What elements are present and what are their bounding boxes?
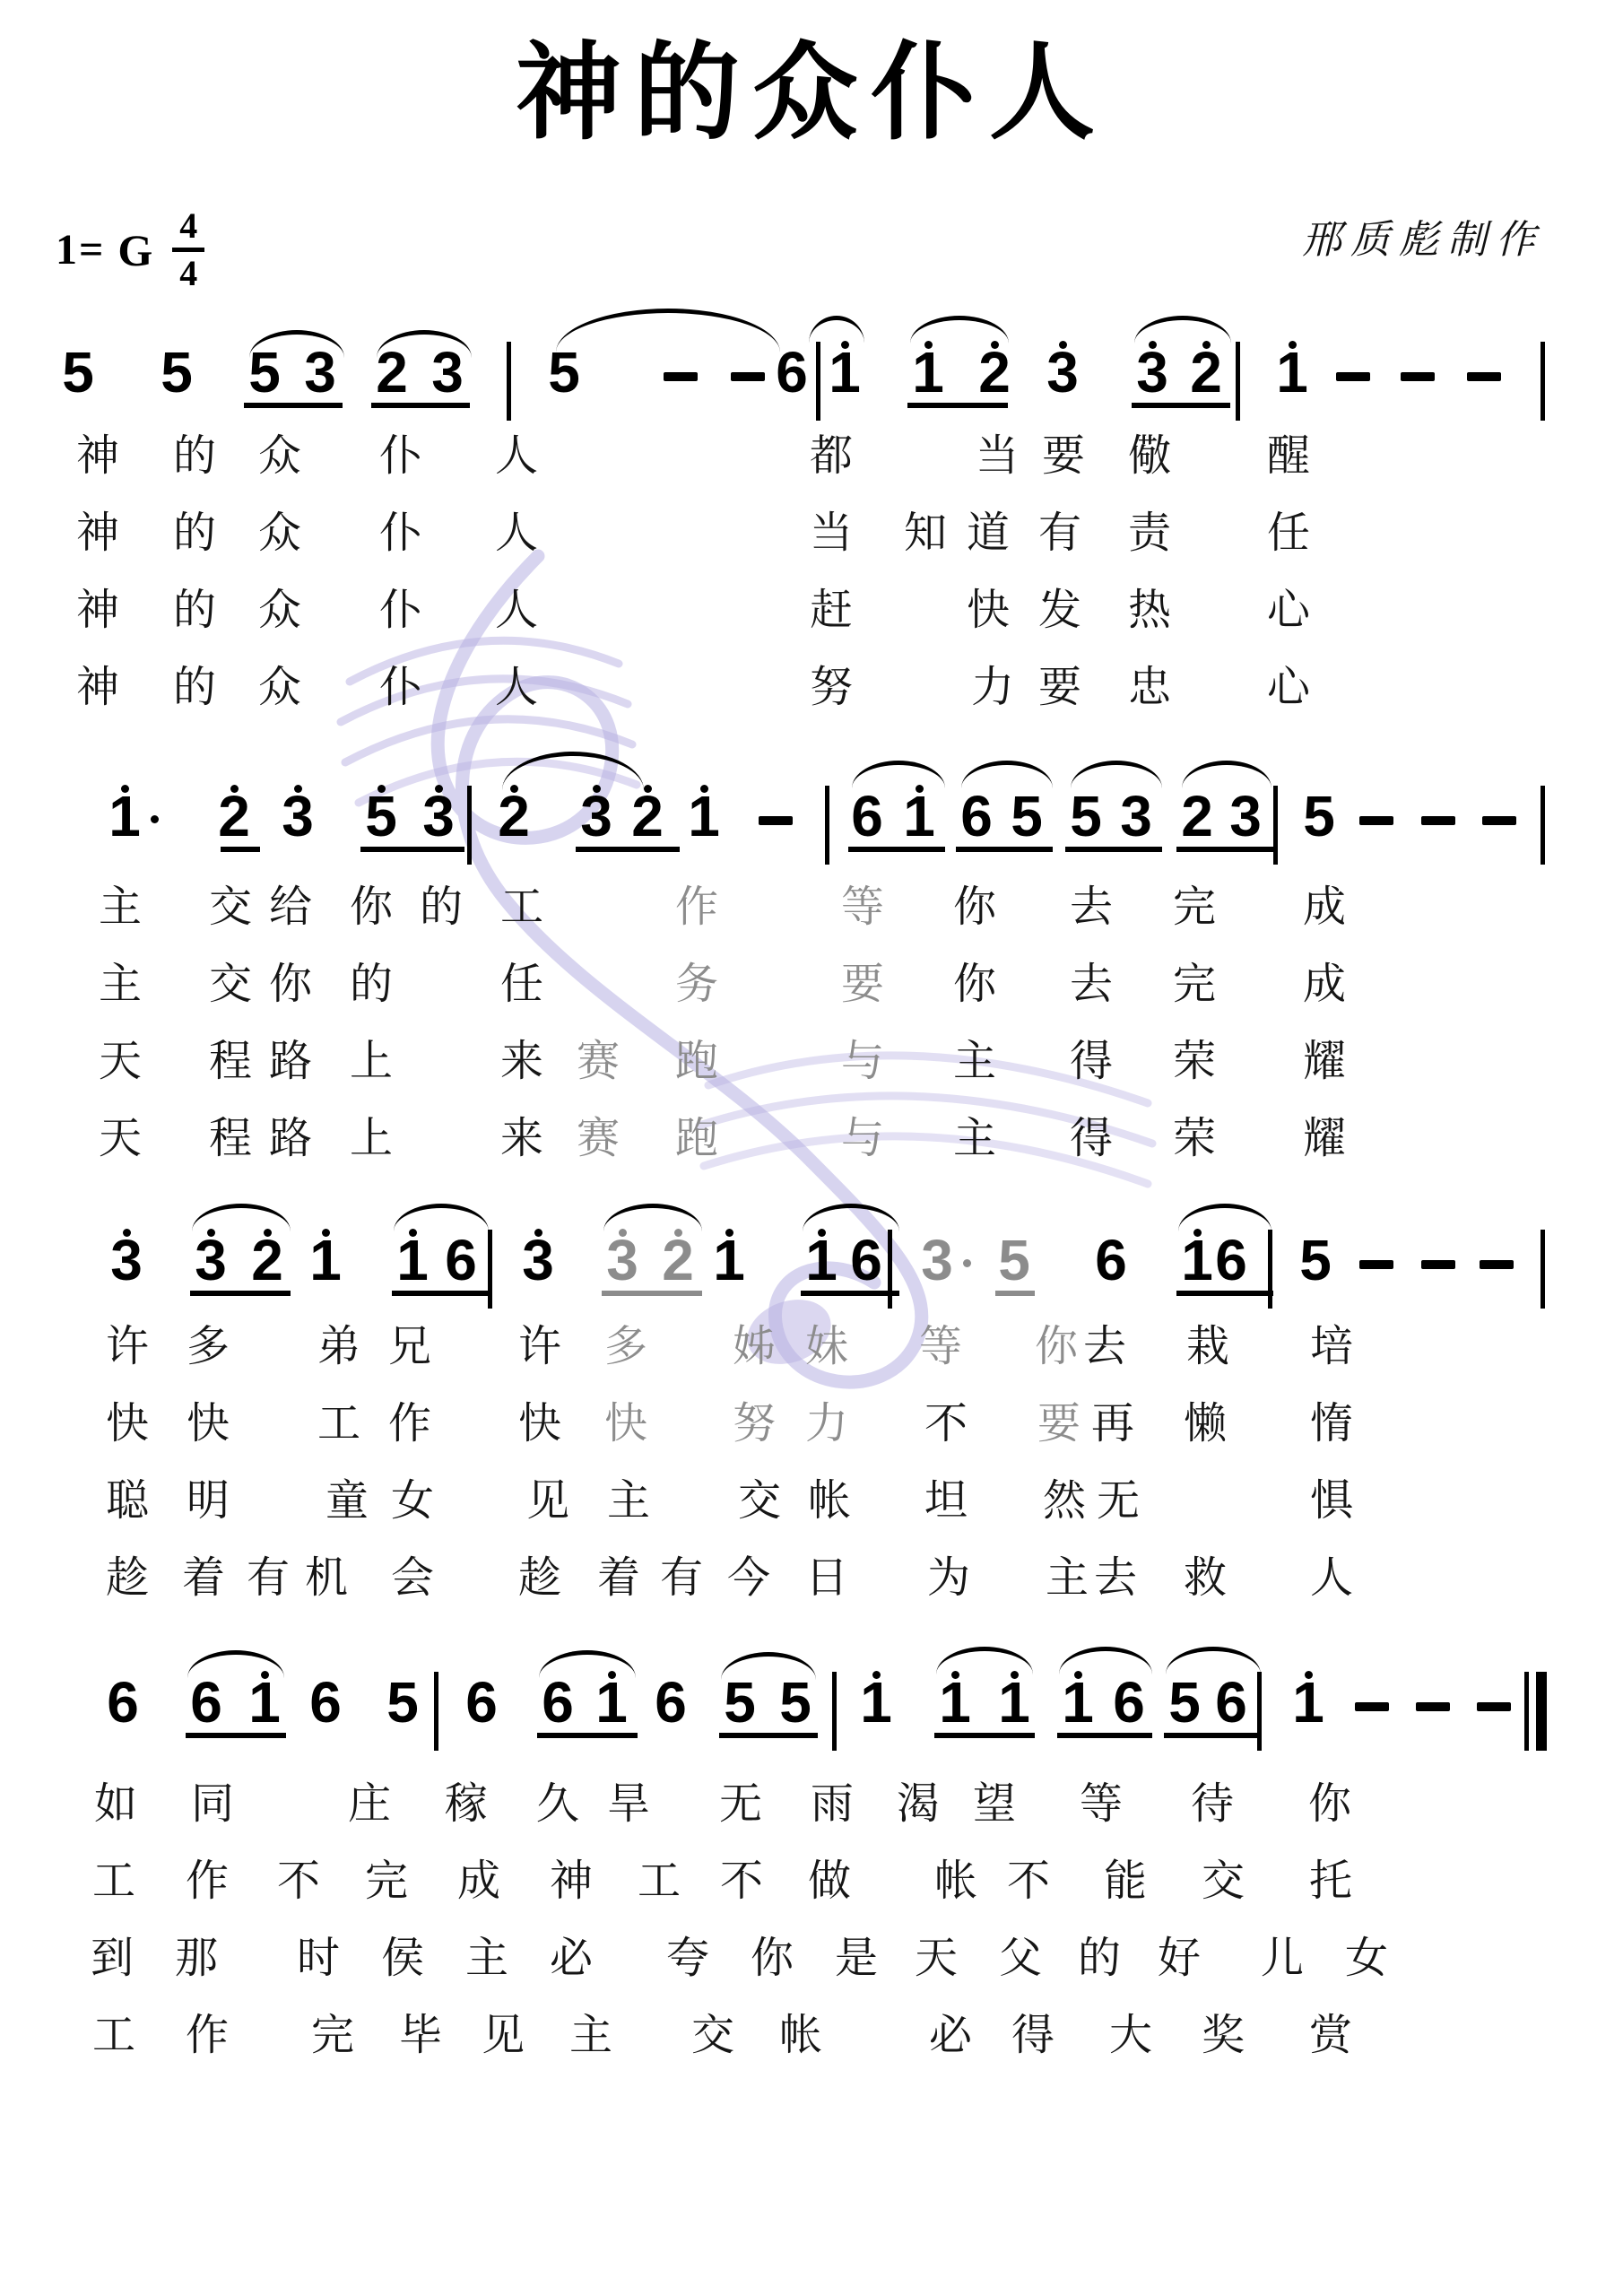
lyric-char: 的 bbox=[173, 512, 216, 555]
note-digit: 3 bbox=[603, 1231, 642, 1289]
note-digit: 6 bbox=[538, 1674, 577, 1731]
note-digit: 6 bbox=[1211, 1231, 1251, 1289]
time-signature-top: 4 bbox=[179, 208, 197, 244]
lyric-char: 能 bbox=[1104, 1860, 1147, 1903]
lyric-char: 路 bbox=[269, 1118, 312, 1161]
lyric-char: 作 bbox=[388, 1403, 431, 1446]
lyric-char: 帐 bbox=[934, 1860, 977, 1903]
lyric-char: 赶 bbox=[810, 589, 853, 632]
lyric-char: 心 bbox=[1267, 589, 1310, 632]
octave-dot bbox=[1289, 341, 1297, 349]
lyric-char: 主 bbox=[569, 2014, 612, 2057]
lyric-char: 热 bbox=[1128, 589, 1171, 632]
lyric-char: 要 bbox=[1042, 435, 1085, 478]
note-digit: 3 bbox=[300, 344, 340, 401]
note-digit: 1 bbox=[856, 1674, 896, 1731]
note-digit: 1 bbox=[1272, 344, 1312, 401]
octave-dot bbox=[924, 341, 933, 349]
lyric-char: 工 bbox=[92, 2014, 135, 2057]
note-digit: 3 bbox=[917, 1231, 957, 1289]
octave-dot bbox=[608, 1671, 616, 1679]
lyric-char: 努 bbox=[733, 1403, 776, 1446]
lyric-char: 不 bbox=[277, 1860, 320, 1903]
lyric-char: 的 bbox=[173, 589, 216, 632]
lyric-char: 庄 bbox=[348, 1783, 391, 1826]
lyric-char: 主 bbox=[99, 886, 142, 929]
lyric-char: 神 bbox=[76, 512, 119, 555]
octave-dot bbox=[1202, 341, 1211, 349]
octave-dot bbox=[1193, 1229, 1202, 1237]
lyric-char: 神 bbox=[76, 589, 119, 632]
duration-dash bbox=[1401, 372, 1435, 381]
lyric-char: 必 bbox=[550, 1937, 593, 1980]
octave-dot bbox=[121, 785, 129, 793]
octave-dot bbox=[644, 785, 652, 793]
lyric-char: 聪 bbox=[106, 1480, 149, 1523]
barline bbox=[832, 1672, 837, 1751]
note-digit: 5 bbox=[1007, 787, 1046, 845]
lyric-char: 任 bbox=[1267, 512, 1310, 555]
lyric-char: 有 bbox=[247, 1557, 290, 1600]
note-digit: 6 bbox=[957, 787, 996, 845]
lyric-char: 会 bbox=[391, 1557, 434, 1600]
note-digit: 1 bbox=[994, 1674, 1034, 1731]
note-digit: 1 bbox=[709, 1231, 749, 1289]
note-digit: 1 bbox=[1058, 1674, 1098, 1731]
note-digit: 3 bbox=[1133, 344, 1172, 401]
barline bbox=[825, 786, 829, 865]
lyric-char: 主 bbox=[99, 963, 142, 1006]
lyric-char: 趁 bbox=[518, 1557, 561, 1600]
lyric-char: 众 bbox=[258, 435, 301, 478]
note-digit: 5 bbox=[720, 1674, 759, 1731]
lyric-char: 得 bbox=[1070, 1040, 1113, 1083]
lyric-char: 日 bbox=[805, 1557, 848, 1600]
note-digit: 3 bbox=[1116, 787, 1156, 845]
note-digit: 5 bbox=[1066, 787, 1106, 845]
lyric-char: 趁 bbox=[106, 1557, 149, 1600]
octave-dot bbox=[725, 1229, 733, 1237]
note-digit: 6 bbox=[847, 787, 887, 845]
lyric-char: 上 bbox=[350, 1040, 393, 1083]
lyric-char: 得 bbox=[1011, 2014, 1055, 2057]
lyric-char: 的 bbox=[173, 435, 216, 478]
note-digit: 1 bbox=[908, 344, 948, 401]
lyric-char: 责 bbox=[1128, 512, 1171, 555]
octave-dot bbox=[818, 1229, 826, 1237]
lyric-char: 奖 bbox=[1202, 2014, 1245, 2057]
duration-dash bbox=[1421, 816, 1455, 825]
note-digit: 1 bbox=[684, 787, 724, 845]
note-digit: 3 bbox=[419, 787, 458, 845]
lyric-char: 知 bbox=[904, 512, 947, 555]
lyric-char: 去 bbox=[1070, 963, 1113, 1006]
octave-dot bbox=[1011, 1671, 1019, 1679]
lyric-char: 成 bbox=[457, 1860, 500, 1903]
octave-dot bbox=[322, 1229, 330, 1237]
lyric-char: 务 bbox=[675, 963, 718, 1006]
lyric-char: 明 bbox=[187, 1480, 230, 1523]
note-digit: 1 bbox=[935, 1674, 975, 1731]
octave-dot bbox=[294, 785, 302, 793]
note-digit: 3 bbox=[518, 1231, 558, 1289]
lyric-char: 无 bbox=[719, 1783, 762, 1826]
octave-dot bbox=[1149, 341, 1157, 349]
lyric-char: 你 bbox=[269, 963, 312, 1006]
lyric-char: 弟 bbox=[317, 1326, 360, 1369]
note-digit: 6 bbox=[103, 1674, 143, 1731]
lyric-char: 都 bbox=[810, 435, 853, 478]
lyric-char: 夸 bbox=[666, 1937, 709, 1980]
note-digit: 2 bbox=[975, 344, 1014, 401]
note-digit: 6 bbox=[441, 1231, 481, 1289]
barline bbox=[434, 1672, 438, 1751]
octave-dot bbox=[872, 1671, 881, 1679]
octave-dot bbox=[991, 341, 999, 349]
lyric-char: 不 bbox=[720, 1860, 763, 1903]
lyric-char: 完 bbox=[365, 1860, 408, 1903]
lyric-char: 等 bbox=[1080, 1783, 1123, 1826]
lyric-char: 神 bbox=[76, 435, 119, 478]
duration-dash bbox=[731, 372, 765, 381]
lyric-char: 交 bbox=[209, 886, 252, 929]
lyric-char: 见 bbox=[482, 2014, 525, 2057]
note-digit: 1 bbox=[899, 787, 939, 845]
lyric-char: 雨 bbox=[811, 1783, 854, 1826]
lyric-char: 努 bbox=[810, 666, 853, 709]
lyric-char: 赛 bbox=[577, 1040, 620, 1083]
lyric-char: 然 bbox=[1043, 1480, 1086, 1523]
lyric-char: 快 bbox=[187, 1403, 230, 1446]
note-digit: 2 bbox=[247, 1231, 287, 1289]
lyric-char: 主 bbox=[953, 1040, 996, 1083]
lyric-char: 见 bbox=[526, 1480, 569, 1523]
note-digit: 3 bbox=[107, 1231, 146, 1289]
lyric-char: 的 bbox=[173, 666, 216, 709]
lyric-char: 道 bbox=[967, 512, 1010, 555]
lyric-char: 着 bbox=[182, 1557, 225, 1600]
lyric-char: 多 bbox=[187, 1326, 230, 1369]
lyric-char: 待 bbox=[1191, 1783, 1234, 1826]
duration-dash bbox=[1416, 1702, 1450, 1711]
lyric-char: 你 bbox=[953, 963, 996, 1006]
note-digit: 6 bbox=[651, 1674, 690, 1731]
duration-dash bbox=[1477, 1702, 1511, 1711]
lyric-char: 快 bbox=[967, 589, 1010, 632]
lyric-char: 懒 bbox=[1184, 1403, 1227, 1446]
lyric-char: 主 bbox=[607, 1480, 650, 1523]
key-signature: 1= G 4 4 bbox=[56, 208, 204, 291]
lyric-char: 跑 bbox=[675, 1040, 718, 1083]
note-digit: 6 bbox=[462, 1674, 501, 1731]
lyric-char: 主 bbox=[1046, 1557, 1089, 1600]
lyric-char: 赏 bbox=[1309, 2014, 1352, 2057]
key-name: G bbox=[117, 228, 152, 273]
lyric-char: 为 bbox=[927, 1557, 970, 1600]
note-digit: 1 bbox=[592, 1674, 631, 1731]
note-digit: 5 bbox=[1165, 1674, 1204, 1731]
octave-dot bbox=[230, 785, 239, 793]
lyric-char: 儆 bbox=[1128, 435, 1171, 478]
lyric-char: 程 bbox=[209, 1118, 252, 1161]
lyric-char: 力 bbox=[971, 666, 1014, 709]
lyric-char: 快 bbox=[518, 1403, 561, 1446]
note-digit: 5 bbox=[994, 1231, 1034, 1289]
barline bbox=[816, 342, 820, 421]
octave-dot bbox=[123, 1229, 131, 1237]
note-digit: 2 bbox=[494, 787, 534, 845]
lyric-char: 多 bbox=[604, 1326, 647, 1369]
note-digit: 1 bbox=[802, 1231, 841, 1289]
lyric-char: 救 bbox=[1184, 1557, 1227, 1600]
note-digit: 2 bbox=[214, 787, 254, 845]
lyric-char: 完 bbox=[1173, 886, 1216, 929]
lyric-char: 人 bbox=[495, 666, 538, 709]
lyric-char: 要 bbox=[841, 963, 884, 1006]
lyric-char: 与 bbox=[841, 1040, 884, 1083]
lyric-char: 有 bbox=[660, 1557, 703, 1600]
lyric-char: 当 bbox=[976, 435, 1019, 478]
lyric-char: 惧 bbox=[1310, 1480, 1353, 1523]
lyric-char: 兄 bbox=[388, 1326, 431, 1369]
lyric-char: 栽 bbox=[1186, 1326, 1229, 1369]
lyric-char: 主 bbox=[953, 1118, 996, 1161]
note-digit: 1 bbox=[306, 1231, 345, 1289]
lyric-char: 心 bbox=[1267, 666, 1310, 709]
lyric-char: 忠 bbox=[1128, 666, 1171, 709]
lyric-char: 侯 bbox=[381, 1937, 424, 1980]
octave-dot bbox=[619, 1229, 627, 1237]
lyric-char: 作 bbox=[675, 886, 718, 929]
lyric-char: 的 bbox=[1078, 1937, 1121, 1980]
octave-dot bbox=[841, 341, 849, 349]
lyric-char: 女 bbox=[1345, 1937, 1388, 1980]
lyric-char: 时 bbox=[297, 1937, 340, 1980]
note-digit: 5 bbox=[1299, 787, 1339, 845]
octave-dot bbox=[1305, 1671, 1313, 1679]
composer-credit: 邢质彪制作 bbox=[1302, 221, 1544, 260]
lyric-char: 神 bbox=[550, 1860, 593, 1903]
time-signature-bar bbox=[172, 248, 204, 252]
note-digit: 1 bbox=[1289, 1674, 1328, 1731]
note-digit: 5 bbox=[58, 344, 98, 401]
barline bbox=[1236, 342, 1240, 421]
song-title: 神的众仆人 bbox=[0, 41, 1623, 147]
lyric-char: 毕 bbox=[399, 2014, 442, 2057]
lyric-char: 今 bbox=[727, 1557, 770, 1600]
lyric-char: 等 bbox=[841, 886, 884, 929]
note-digit: 5 bbox=[776, 1674, 815, 1731]
lyric-char: 去 bbox=[1094, 1557, 1137, 1600]
lyric-char: 到 bbox=[91, 1937, 134, 1980]
lyric-char: 任 bbox=[500, 963, 543, 1006]
lyric-char: 托 bbox=[1309, 1860, 1352, 1903]
lyric-char: 完 bbox=[311, 2014, 354, 2057]
barline bbox=[1541, 786, 1545, 865]
lyric-char: 不 bbox=[1007, 1860, 1050, 1903]
lyric-char: 天 bbox=[99, 1118, 142, 1161]
augmentation-dot bbox=[963, 1259, 971, 1267]
lyric-char: 主 bbox=[465, 1937, 508, 1980]
lyric-char: 来 bbox=[500, 1118, 543, 1161]
lyric-char: 作 bbox=[186, 2014, 229, 2057]
lyric-char: 童 bbox=[325, 1480, 369, 1523]
barline bbox=[888, 1230, 892, 1309]
octave-dot bbox=[1074, 1671, 1082, 1679]
lyric-char: 工 bbox=[317, 1403, 360, 1446]
note-digit: 3 bbox=[577, 787, 616, 845]
lyric-char: 荣 bbox=[1173, 1040, 1216, 1083]
octave-dot bbox=[916, 785, 924, 793]
note-digit: 6 bbox=[187, 1674, 226, 1731]
lyric-char: 那 bbox=[175, 1937, 218, 1980]
lyric-char: 望 bbox=[973, 1783, 1016, 1826]
lyric-char: 机 bbox=[305, 1557, 348, 1600]
note-digit: 2 bbox=[658, 1231, 698, 1289]
note-digit: 2 bbox=[628, 787, 667, 845]
lyric-char: 你 bbox=[1308, 1783, 1351, 1826]
lyric-char: 天 bbox=[99, 1040, 142, 1083]
lyric-char: 着 bbox=[597, 1557, 640, 1600]
lyric-char: 等 bbox=[919, 1326, 962, 1369]
slur-arc bbox=[556, 309, 780, 352]
time-signature-bottom: 4 bbox=[179, 256, 197, 291]
lyric-char: 许 bbox=[518, 1326, 561, 1369]
lyric-char: 人 bbox=[495, 589, 538, 632]
lyric-char: 有 bbox=[1038, 512, 1081, 555]
lyric-char: 醒 bbox=[1267, 435, 1310, 478]
lyric-char: 你 bbox=[1035, 1326, 1078, 1369]
lyric-char: 如 bbox=[94, 1783, 137, 1826]
lyric-char: 快 bbox=[106, 1403, 149, 1446]
note-digit: 1 bbox=[245, 1674, 284, 1731]
lyric-char: 帐 bbox=[779, 2014, 822, 2057]
octave-dot bbox=[435, 785, 443, 793]
lyric-char: 作 bbox=[186, 1860, 229, 1903]
note-digit: 6 bbox=[306, 1674, 345, 1731]
lyric-char: 做 bbox=[808, 1860, 851, 1903]
barline bbox=[1273, 786, 1278, 865]
lyric-char: 成 bbox=[1303, 963, 1346, 1006]
octave-dot bbox=[1059, 341, 1067, 349]
barline bbox=[488, 1230, 492, 1309]
note-digit: 6 bbox=[846, 1231, 886, 1289]
duration-dash bbox=[1467, 372, 1501, 381]
lyric-char: 你 bbox=[953, 886, 996, 929]
lyric-char: 荣 bbox=[1173, 1118, 1216, 1161]
octave-dot bbox=[510, 785, 518, 793]
note-digit: 6 bbox=[1109, 1674, 1149, 1731]
lyric-char: 你 bbox=[350, 886, 393, 929]
octave-dot bbox=[534, 1229, 542, 1237]
duration-dash bbox=[1355, 1702, 1389, 1711]
octave-dot bbox=[593, 785, 601, 793]
note-digit: 3 bbox=[191, 1231, 230, 1289]
lyric-char: 赛 bbox=[577, 1118, 620, 1161]
barline bbox=[1268, 1230, 1272, 1309]
lyric-char: 来 bbox=[500, 1040, 543, 1083]
lyric-char: 大 bbox=[1109, 2014, 1152, 2057]
lyric-char: 同 bbox=[191, 1783, 234, 1826]
lyric-char: 再 bbox=[1091, 1403, 1134, 1446]
lyric-char: 人 bbox=[1310, 1557, 1353, 1600]
note-digit: 2 bbox=[1177, 787, 1217, 845]
lyric-char: 仆 bbox=[379, 512, 422, 555]
note-digit: 3 bbox=[428, 344, 467, 401]
lyric-char: 去 bbox=[1070, 886, 1113, 929]
barline bbox=[1541, 342, 1545, 421]
lyric-char: 惰 bbox=[1310, 1403, 1353, 1446]
lyric-char: 去 bbox=[1083, 1326, 1126, 1369]
note-digit: 5 bbox=[1296, 1231, 1335, 1289]
octave-dot bbox=[207, 1229, 215, 1237]
note-digit: 6 bbox=[1211, 1674, 1251, 1731]
lyric-char: 许 bbox=[106, 1326, 149, 1369]
lyric-char: 众 bbox=[258, 666, 301, 709]
lyric-char: 要 bbox=[1037, 1403, 1081, 1446]
lyric-char: 耀 bbox=[1303, 1118, 1346, 1161]
lyric-char: 快 bbox=[604, 1403, 647, 1446]
lyric-char: 不 bbox=[924, 1403, 968, 1446]
octave-dot bbox=[264, 1229, 272, 1237]
lyric-char: 旱 bbox=[607, 1783, 650, 1826]
barline bbox=[507, 342, 511, 421]
lyric-char: 天 bbox=[915, 1937, 958, 1980]
octave-dot bbox=[378, 785, 386, 793]
lyric-char: 交 bbox=[738, 1480, 781, 1523]
tonic-label: 1= bbox=[56, 229, 105, 272]
barline bbox=[1524, 1672, 1529, 1751]
lyric-char: 耀 bbox=[1303, 1040, 1346, 1083]
octave-dot bbox=[261, 1671, 269, 1679]
lyric-char: 神 bbox=[76, 666, 119, 709]
octave-dot bbox=[700, 785, 708, 793]
lyric-char: 发 bbox=[1038, 589, 1081, 632]
duration-dash bbox=[1421, 1260, 1455, 1269]
lyric-char: 众 bbox=[258, 589, 301, 632]
lyric-char: 力 bbox=[805, 1403, 848, 1446]
lyric-char: 必 bbox=[929, 2014, 972, 2057]
time-signature: 4 4 bbox=[172, 208, 204, 291]
lyric-char: 成 bbox=[1303, 886, 1346, 929]
note-digit: 3 bbox=[1043, 344, 1082, 401]
duration-dash bbox=[1480, 1260, 1514, 1269]
lyric-char: 仆 bbox=[379, 589, 422, 632]
lyric-char: 久 bbox=[536, 1783, 579, 1826]
note-digit: 5 bbox=[157, 344, 196, 401]
lyric-char: 你 bbox=[751, 1937, 794, 1980]
lyric-char: 好 bbox=[1158, 1937, 1201, 1980]
lyric-char: 交 bbox=[1202, 1860, 1245, 1903]
octave-dot bbox=[951, 1671, 959, 1679]
lyric-char: 无 bbox=[1097, 1480, 1140, 1523]
note-digit: 1 bbox=[393, 1231, 432, 1289]
lyric-char: 工 bbox=[92, 1860, 135, 1903]
lyric-char: 交 bbox=[209, 963, 252, 1006]
note-digit: 3 bbox=[278, 787, 317, 845]
lyric-char: 上 bbox=[350, 1118, 393, 1161]
note-digit: 6 bbox=[1091, 1231, 1131, 1289]
lyric-char: 与 bbox=[841, 1118, 884, 1161]
lyric-char: 培 bbox=[1310, 1326, 1353, 1369]
note-digit: 5 bbox=[361, 787, 401, 845]
sheet-music-page: 神的众仆人 1= G 4 4 邢质彪制作 555323561123321神的众仆… bbox=[0, 0, 1623, 2296]
lyric-char: 妹 bbox=[805, 1326, 848, 1369]
barline bbox=[1541, 1230, 1545, 1309]
octave-dot bbox=[674, 1229, 682, 1237]
lyric-char: 程 bbox=[209, 1040, 252, 1083]
lyric-char: 坦 bbox=[924, 1480, 968, 1523]
